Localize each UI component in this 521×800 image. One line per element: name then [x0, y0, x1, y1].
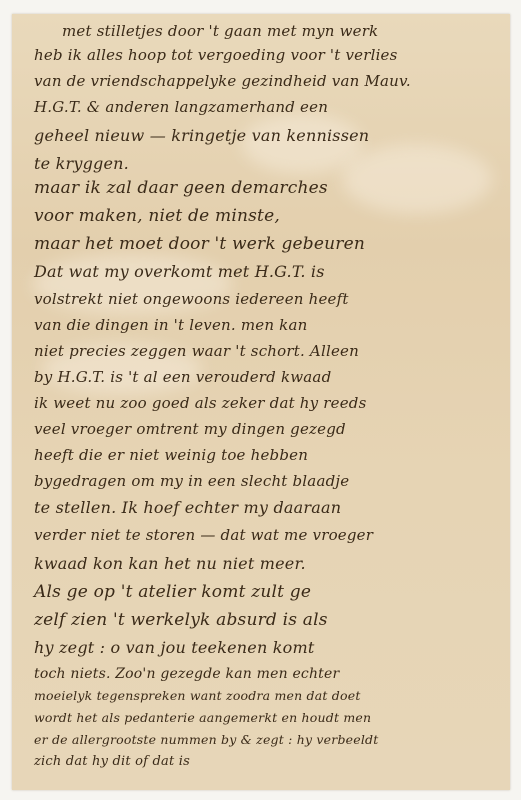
text-line: met stilletjes door 't gaan met myn werk [62, 22, 378, 40]
text-line: te stellen. Ik hoef echter my daaraan [34, 498, 341, 517]
text-line: er de allergrootste nummen by & zegt : h… [34, 732, 378, 747]
text-line: moeielyk tegenspreken want zoodra men da… [34, 688, 361, 703]
text-line: maar ik zal daar geen demarches [34, 178, 328, 198]
text-line: H.G.T. & anderen langzamerhand een [34, 98, 328, 116]
text-line: bygedragen om my in een slecht blaadje [34, 472, 349, 490]
text-line: heb ik alles hoop tot vergoeding voor 't… [34, 46, 398, 64]
text-line: van die dingen in 't leven. men kan [34, 316, 307, 334]
text-line: niet precies zeggen waar 't schort. Alle… [34, 342, 359, 360]
letter-page: met stilletjes door 't gaan met myn werk… [12, 14, 510, 790]
text-line: verder niet te storen — dat wat me vroeg… [34, 526, 373, 544]
text-line: hy zegt : o van jou teekenen komt [34, 638, 314, 657]
text-line: geheel nieuw — kringetje van kennissen [34, 126, 369, 145]
text-line: veel vroeger omtrent my dingen gezegd [34, 420, 346, 438]
text-line: by H.G.T. is 't al een verouderd kwaad [34, 368, 331, 386]
text-line: toch niets. Zoo'n gezegde kan men echter [34, 666, 339, 682]
text-line: maar het moet door 't werk gebeuren [34, 234, 365, 254]
text-line: heeft die er niet weinig toe hebben [34, 446, 308, 464]
text-line: volstrekt niet ongewoons iedereen heeft [34, 290, 349, 308]
text-line: Als ge op 't atelier komt zult ge [34, 582, 311, 602]
text-line: wordt het als pedanterie aangemerkt en h… [34, 710, 371, 725]
text-line: kwaad kon kan het nu niet meer. [34, 554, 306, 573]
text-line: zelf zien 't werkelyk absurd is als [34, 610, 328, 630]
text-line: te kryggen. [34, 154, 129, 173]
text-line: ik weet nu zoo goed als zeker dat hy ree… [34, 394, 367, 412]
text-line: van de vriendschappelyke gezindheid van … [34, 72, 411, 90]
text-line: Dat wat my overkomt met H.G.T. is [34, 262, 325, 281]
text-line: zich dat hy dit of dat is [34, 754, 190, 769]
text-line: voor maken, niet de minste, [34, 206, 280, 226]
